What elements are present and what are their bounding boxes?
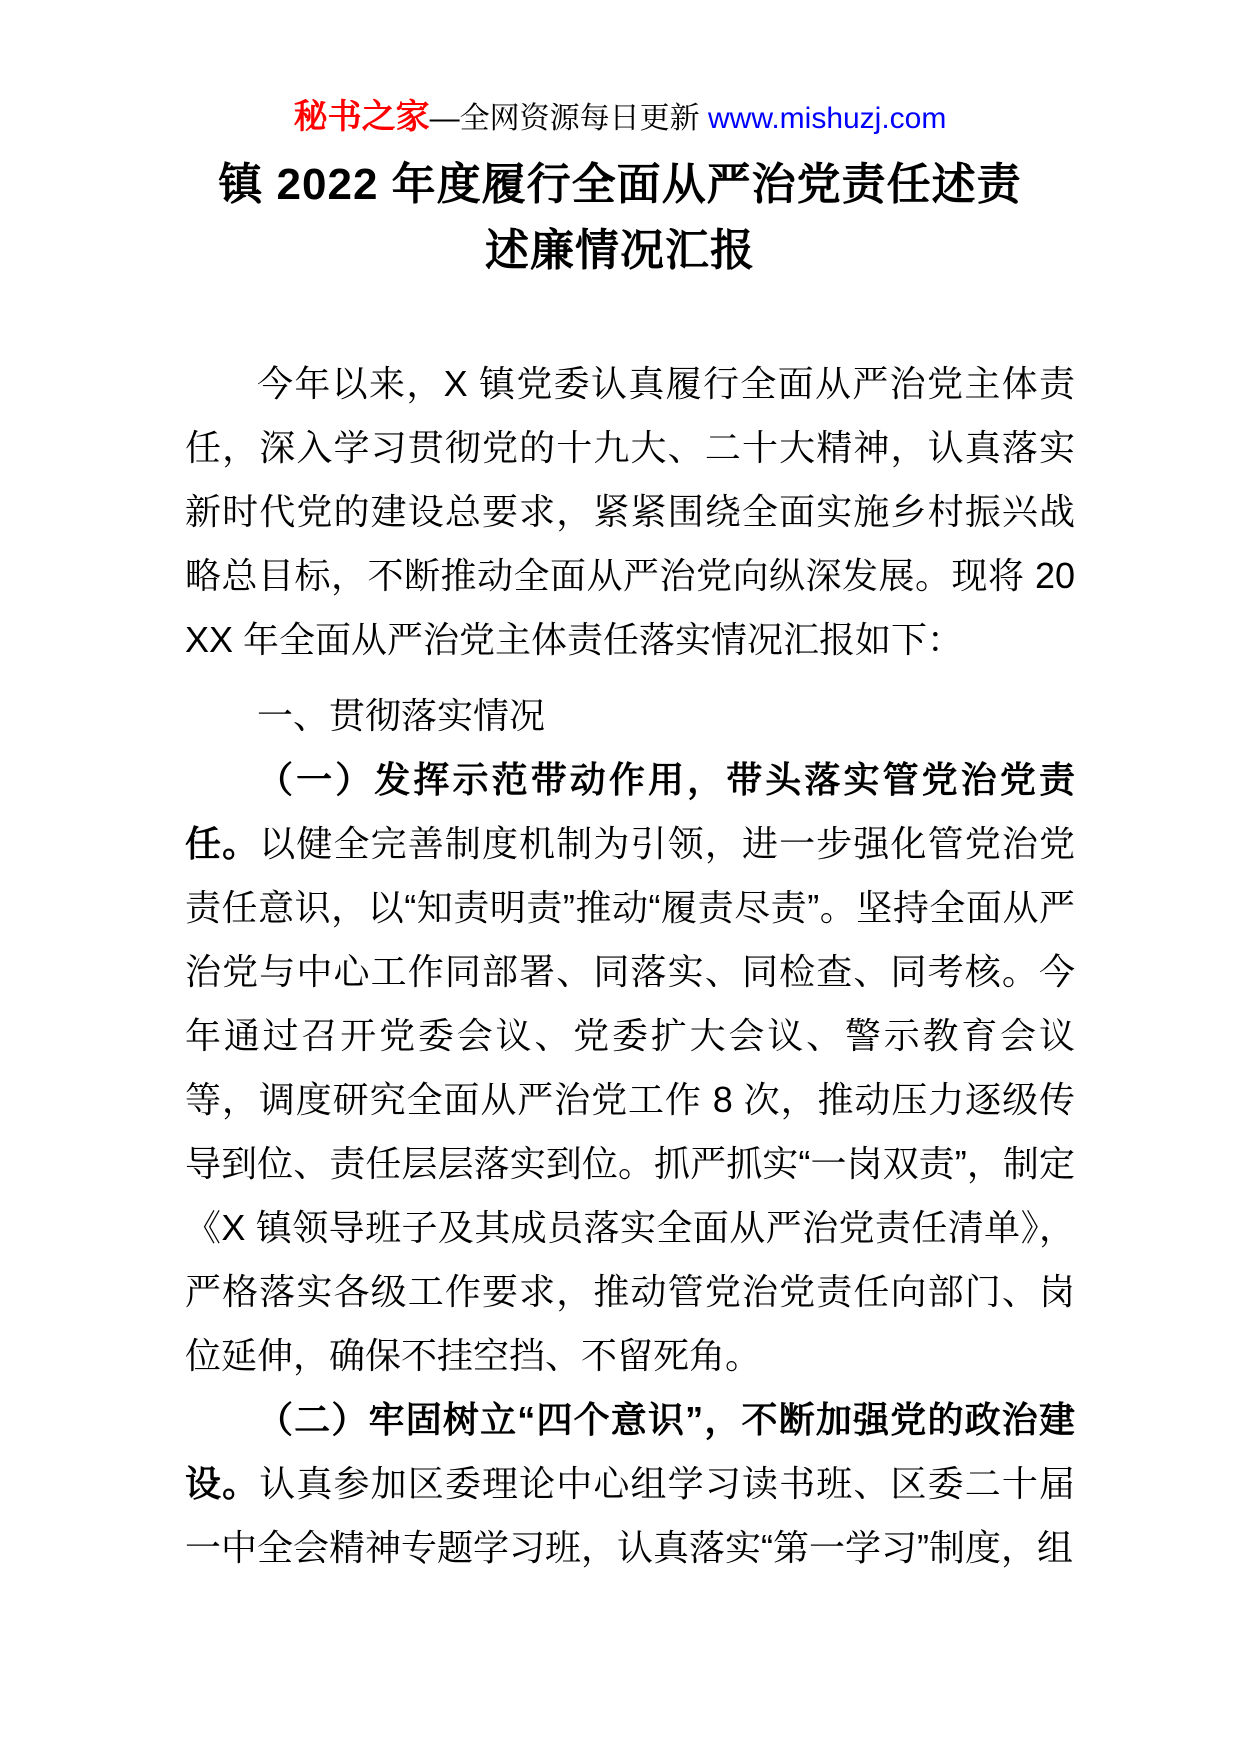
header-tagline: —全网资源每日更新 [430, 102, 708, 135]
section-heading-1-text: 一、贯彻落实情况 [257, 695, 545, 736]
site-url-link[interactable]: www.mishuzj.com [708, 102, 946, 135]
title-line-1: 镇 2022 年度履行全面从严治党责任述责 [60, 152, 1180, 218]
document-header: 秘书之家—全网资源每日更新 www.mishuzj.com [0, 0, 1240, 138]
paragraph-section-1: （一）发挥示范带动作用，带头落实管党治党责任。以健全完善制度机制为引领，进一步强… [185, 748, 1075, 1388]
document-body: 今年以来，X 镇党委认真履行全面从严治党主体责任，深入学习贯彻党的十九大、二十大… [185, 352, 1075, 1580]
section-heading-1: 一、贯彻落实情况 [185, 684, 1075, 748]
document-title: 镇 2022 年度履行全面从严治党责任述责 述廉情况汇报 [60, 152, 1180, 284]
paragraph-section-2: （二）牢固树立“四个意识”，不断加强党的政治建设。认真参加区委理论中心组学习读书… [185, 1388, 1075, 1580]
document-page: 秘书之家—全网资源每日更新 www.mishuzj.com 镇 2022 年度履… [0, 0, 1240, 1754]
section-1-text: 以健全完善制度机制为引领，进一步强化管党治党责任意识，以“知责明责”推动“履责尽… [185, 823, 1075, 1376]
brand-name: 秘书之家 [294, 98, 430, 136]
paragraph-intro-text: 今年以来，X 镇党委认真履行全面从严治党主体责任，深入学习贯彻党的十九大、二十大… [185, 363, 1075, 660]
paragraph-intro: 今年以来，X 镇党委认真履行全面从严治党主体责任，深入学习贯彻党的十九大、二十大… [185, 352, 1075, 672]
title-line-2: 述廉情况汇报 [60, 218, 1180, 284]
section-2-text: 认真参加区委理论中心组学习读书班、区委二十届一中全会精神专题学习班，认真落实“第… [185, 1463, 1075, 1568]
